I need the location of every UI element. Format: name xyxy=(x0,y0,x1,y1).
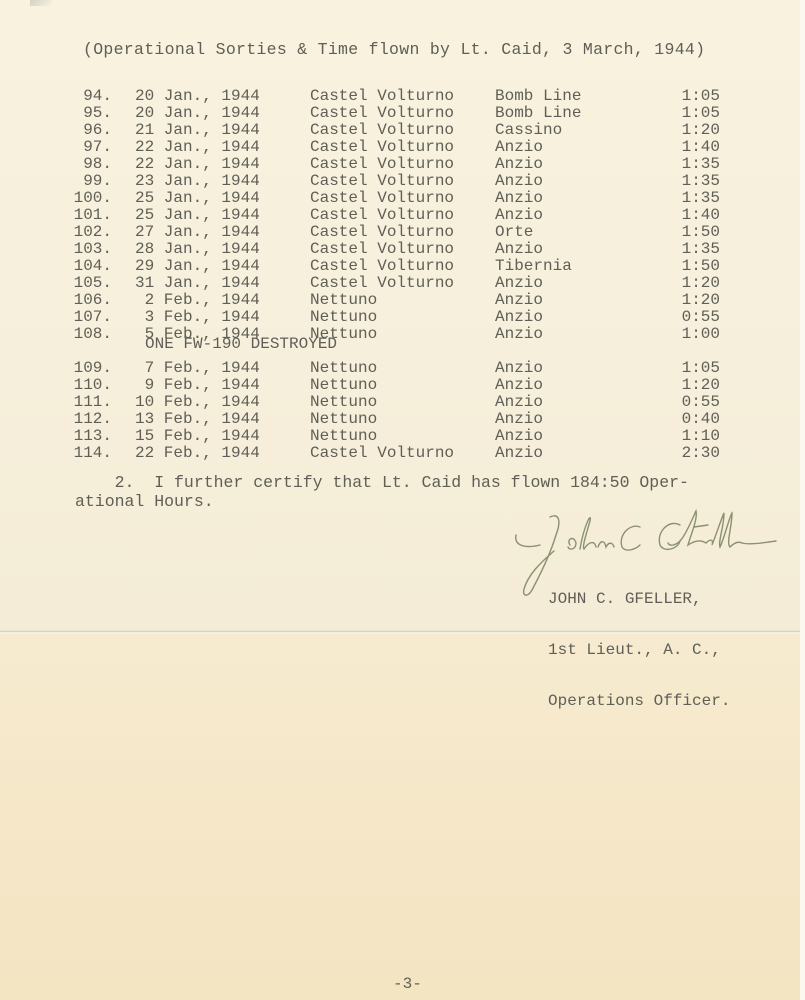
sortie-number: 102. xyxy=(74,224,112,241)
sortie-target: Anzio xyxy=(495,326,543,343)
sortie-time: 1:10 xyxy=(682,428,720,445)
sortie-time: 1:20 xyxy=(682,275,720,292)
sortie-date: 22 Feb., 1944 xyxy=(135,445,260,462)
sortie-date: 25 Jan., 1944 xyxy=(135,190,260,207)
sortie-date: 10 Feb., 1944 xyxy=(135,394,260,411)
sortie-row: 110. 9 Feb., 1944NettunoAnzio1:20 xyxy=(0,377,805,394)
sortie-row: 98.22 Jan., 1944Castel VolturnoAnzio1:35 xyxy=(0,156,805,173)
sortie-date: 3 Feb., 1944 xyxy=(135,309,260,326)
sortie-number: 99. xyxy=(83,173,112,190)
sortie-date: 13 Feb., 1944 xyxy=(135,411,260,428)
sortie-row: 113.15 Feb., 1944NettunoAnzio1:10 xyxy=(0,428,805,445)
sortie-date: 15 Feb., 1944 xyxy=(135,428,260,445)
sortie-time: 0:40 xyxy=(682,411,720,428)
sortie-base: Nettuno xyxy=(310,377,377,394)
sortie-number: 104. xyxy=(74,258,112,275)
page-number: -3- xyxy=(393,975,422,993)
sortie-base: Castel Volturno xyxy=(310,258,454,275)
sortie-base: Nettuno xyxy=(310,309,377,326)
sortie-base: Castel Volturno xyxy=(310,139,454,156)
sortie-target: Anzio xyxy=(495,445,543,462)
sortie-base: Castel Volturno xyxy=(310,88,454,105)
sortie-date: 29 Jan., 1944 xyxy=(135,258,260,275)
signer-name: JOHN C. GFELLER, xyxy=(548,591,730,608)
sortie-target: Anzio xyxy=(495,207,543,224)
sortie-target: Anzio xyxy=(495,190,543,207)
sortie-base: Castel Volturno xyxy=(310,224,454,241)
sortie-number: 108. xyxy=(74,326,112,343)
sortie-row: 108. 5 Feb., 1944NettunoAnzio1:00 xyxy=(0,326,805,343)
sortie-row: 94.20 Jan., 1944Castel VolturnoBomb Line… xyxy=(0,88,805,105)
sortie-target: Anzio xyxy=(495,411,543,428)
sortie-time: 1:35 xyxy=(682,190,720,207)
sortie-time: 1:05 xyxy=(682,88,720,105)
sortie-row: 103.28 Jan., 1944Castel VolturnoAnzio1:3… xyxy=(0,241,805,258)
sortie-time: 1:20 xyxy=(682,122,720,139)
sortie-base: Nettuno xyxy=(310,411,377,428)
sortie-number: 112. xyxy=(74,411,112,428)
sortie-target: Anzio xyxy=(495,309,543,326)
sortie-target: Anzio xyxy=(495,360,543,377)
sortie-target: Orte xyxy=(495,224,533,241)
sortie-number: 95. xyxy=(83,105,112,122)
sortie-date: 25 Jan., 1944 xyxy=(135,207,260,224)
sortie-target: Tibernia xyxy=(495,258,572,275)
sortie-row: 107. 3 Feb., 1944NettunoAnzio0:55 xyxy=(0,309,805,326)
sortie-target: Bomb Line xyxy=(495,105,581,122)
sortie-time: 1:00 xyxy=(682,326,720,343)
sortie-date: 7 Feb., 1944 xyxy=(135,360,260,377)
sortie-number: 97. xyxy=(83,139,112,156)
sortie-number: 113. xyxy=(74,428,112,445)
document-heading: (Operational Sorties & Time flown by Lt.… xyxy=(83,40,705,59)
sortie-row: 99.23 Jan., 1944Castel VolturnoAnzio1:35 xyxy=(0,173,805,190)
sortie-date: 20 Jan., 1944 xyxy=(135,105,260,122)
sortie-base: Castel Volturno xyxy=(310,122,454,139)
sortie-number: 94. xyxy=(83,88,112,105)
sortie-row: 112.13 Feb., 1944NettunoAnzio0:40 xyxy=(0,411,805,428)
sortie-base: Castel Volturno xyxy=(310,173,454,190)
sortie-row: 104.29 Jan., 1944Castel VolturnoTibernia… xyxy=(0,258,805,275)
sortie-date: 21 Jan., 1944 xyxy=(135,122,260,139)
sortie-date: 22 Jan., 1944 xyxy=(135,139,260,156)
sortie-target: Anzio xyxy=(495,173,543,190)
sortie-date: 2 Feb., 1944 xyxy=(135,292,260,309)
sortie-time: 1:40 xyxy=(682,207,720,224)
sortie-time: 1:50 xyxy=(682,224,720,241)
sortie-target: Anzio xyxy=(495,428,543,445)
sortie-row: 96.21 Jan., 1944Castel VolturnoCassino1:… xyxy=(0,122,805,139)
sortie-row: 106. 2 Feb., 1944NettunoAnzio1:20 xyxy=(0,292,805,309)
sortie-base: Nettuno xyxy=(310,360,377,377)
sortie-row: 105.31 Jan., 1944Castel VolturnoAnzio1:2… xyxy=(0,275,805,292)
sortie-date: 22 Jan., 1944 xyxy=(135,156,260,173)
sortie-number: 110. xyxy=(74,377,112,394)
sortie-row: 97.22 Jan., 1944Castel VolturnoAnzio1:40 xyxy=(0,139,805,156)
sortie-time: 2:30 xyxy=(682,445,720,462)
sortie-target: Cassino xyxy=(495,122,562,139)
corner-smudge xyxy=(30,0,52,6)
sortie-target: Anzio xyxy=(495,241,543,258)
sortie-base: Nettuno xyxy=(310,394,377,411)
sortie-time: 1:40 xyxy=(682,139,720,156)
sortie-target: Anzio xyxy=(495,139,543,156)
sortie-number: 103. xyxy=(74,241,112,258)
signer-title: Operations Officer. xyxy=(548,693,730,710)
sortie-row: 100.25 Jan., 1944Castel VolturnoAnzio1:3… xyxy=(0,190,805,207)
sortie-base: Castel Volturno xyxy=(310,105,454,122)
sortie-time: 1:05 xyxy=(682,360,720,377)
sortie-base: Castel Volturno xyxy=(310,190,454,207)
sortie-time: 1:20 xyxy=(682,292,720,309)
sortie-base: Castel Volturno xyxy=(310,207,454,224)
sortie-date: 20 Jan., 1944 xyxy=(135,88,260,105)
sortie-number: 105. xyxy=(74,275,112,292)
sortie-base: Castel Volturno xyxy=(310,156,454,173)
sortie-date: 27 Jan., 1944 xyxy=(135,224,260,241)
sortie-row: 109. 7 Feb., 1944NettunoAnzio1:05 xyxy=(0,360,805,377)
sortie-number: 100. xyxy=(74,190,112,207)
sortie-time: 1:50 xyxy=(682,258,720,275)
sortie-time: 1:05 xyxy=(682,105,720,122)
sortie-time: 1:35 xyxy=(682,241,720,258)
sortie-base: Castel Volturno xyxy=(310,445,454,462)
sortie-number: 114. xyxy=(74,445,112,462)
sortie-target: Anzio xyxy=(495,275,543,292)
sortie-base: Nettuno xyxy=(310,428,377,445)
sortie-target: Anzio xyxy=(495,156,543,173)
sortie-number: 111. xyxy=(74,394,112,411)
sortie-target: Bomb Line xyxy=(495,88,581,105)
sortie-time: 0:55 xyxy=(682,309,720,326)
sortie-number: 106. xyxy=(74,292,112,309)
sortie-target: Anzio xyxy=(495,377,543,394)
sortie-number: 96. xyxy=(83,122,112,139)
sortie-base: Castel Volturno xyxy=(310,241,454,258)
sortie-base: Castel Volturno xyxy=(310,275,454,292)
sortie-date: 28 Jan., 1944 xyxy=(135,241,260,258)
sortie-number: 109. xyxy=(74,360,112,377)
sortie-row: 102.27 Jan., 1944Castel VolturnoOrte1:50 xyxy=(0,224,805,241)
kill-note: ONE FW-190 DESTROYED xyxy=(145,336,337,353)
sortie-time: 0:55 xyxy=(682,394,720,411)
sortie-number: 101. xyxy=(74,207,112,224)
sortie-date: 9 Feb., 1944 xyxy=(135,377,260,394)
sortie-time: 1:35 xyxy=(682,173,720,190)
sortie-row: 101.25 Jan., 1944Castel VolturnoAnzio1:4… xyxy=(0,207,805,224)
sortie-target: Anzio xyxy=(495,394,543,411)
sortie-number: 98. xyxy=(83,156,112,173)
sortie-time: 1:20 xyxy=(682,377,720,394)
sortie-time: 1:35 xyxy=(682,156,720,173)
sortie-date: 23 Jan., 1944 xyxy=(135,173,260,190)
sortie-row: 95.20 Jan., 1944Castel VolturnoBomb Line… xyxy=(0,105,805,122)
signature-block: JOHN C. GFELLER, 1st Lieut., A. C., Oper… xyxy=(548,557,730,727)
signer-rank: 1st Lieut., A. C., xyxy=(548,642,730,659)
sortie-row: 111.10 Feb., 1944NettunoAnzio0:55 xyxy=(0,394,805,411)
sortie-target: Anzio xyxy=(495,292,543,309)
sortie-base: Nettuno xyxy=(310,292,377,309)
sortie-row: 114.22 Feb., 1944Castel VolturnoAnzio2:3… xyxy=(0,445,805,462)
sortie-date: 31 Jan., 1944 xyxy=(135,275,260,292)
sortie-number: 107. xyxy=(74,309,112,326)
